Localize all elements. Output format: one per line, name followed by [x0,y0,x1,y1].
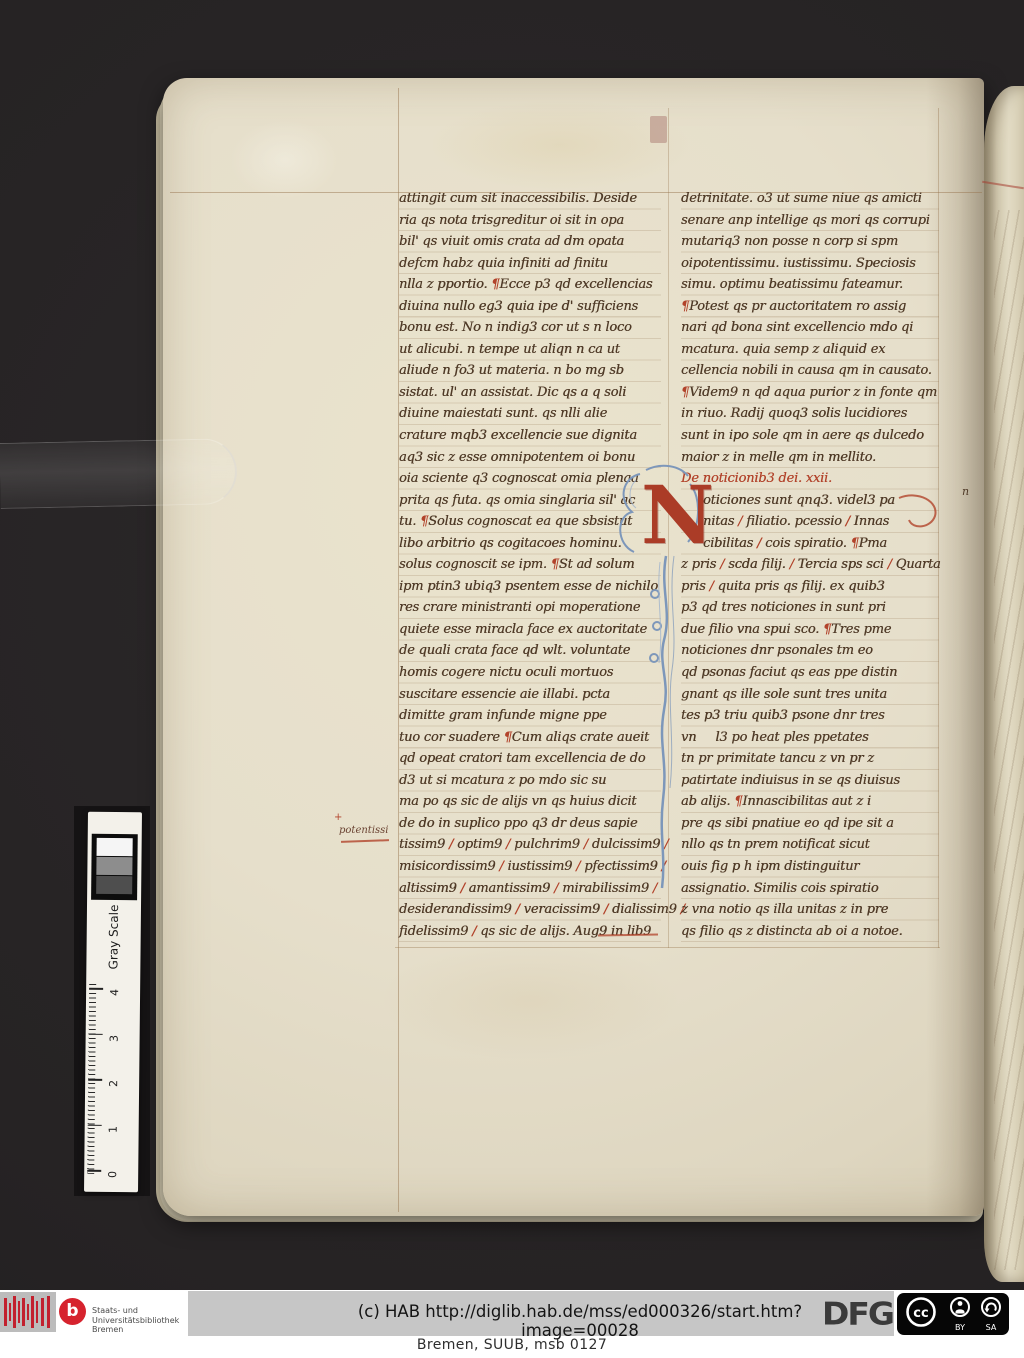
text-line: nari qd bona sint excellencio mdo qi [681,317,939,339]
cc-license-badge: cc BY SA [897,1293,1009,1335]
suub-logo-text: Staats- und Universitätsbibliothek Breme… [92,1306,179,1335]
text-line: nlla z pportio. ¶Ecce p3 qd excellencias [399,274,661,296]
text-line: diuina nullo eg3 quia ipe d' sufficiens [399,296,661,318]
text-line: bil' qs viuit omis crata ad dm opata [399,231,661,253]
gray-patch-white [97,838,133,856]
suub-logo-line2: Universitätsbibliothek [92,1316,179,1326]
svg-text:BY: BY [955,1323,965,1332]
ruler-major-ticks: 43210 [88,812,142,813]
text-line: oipotentissimu. iustissimu. Speciosis [681,253,939,275]
text-line: in riuo. Radij quoq3 solis lucidiores [681,403,939,425]
ruler-tick [88,1124,102,1126]
text-line: z vna notio qs illa unitas z in pre [681,899,939,921]
suub-logo-line1: Staats- und [92,1306,179,1316]
text-line: mutariq3 non posse n corp si spm [681,231,939,253]
text-line: ria qs nota trisgreditur oi sit in opa [399,210,661,232]
text-line: crature mqb3 excellencie sue dignita [399,425,661,447]
suub-logo-circle: b [59,1298,86,1325]
text-line: diuine maiestati sunt. qs nlli alie [399,403,661,425]
text-line: detrinitate. o3 ut sume niue qs amicti [681,188,939,210]
parchment-crease-highlight [230,120,340,200]
text-line: desiderandissim9 / veracissim9 / dialiss… [399,899,661,921]
text-line: simu. optimu beatissimu fateamur. [681,274,939,296]
photo-background: attingit cum sit inaccessibilis. Desider… [0,0,1024,1358]
copyright-text: (c) HAB http://diglib.hab.de/mss/ed00032… [300,1302,860,1340]
ruler-tick [87,1170,101,1172]
plastic-page-holder [0,438,238,509]
margin-letter: n [962,485,969,498]
cc-sa-icon [982,1298,1000,1316]
text-line: mcatura. quia semp z aliquid ex [681,339,939,361]
ruler-number: 4 [108,982,122,996]
cc-by-icon [951,1298,969,1316]
text-line: cellencia nobili in causa qm in causato. [681,360,939,382]
text-line: defcm habz quia infiniti ad finitu [399,253,661,275]
text-line: ut alicubi. n tempe ut aliqn n ca ut [399,339,661,361]
parchment-stain [430,100,690,190]
gray-scale-ruler: Gray Scale 43210 [84,812,142,1193]
text-line: attingit cum sit inaccessibilis. Deside [399,188,661,210]
cc-by-sa-icons: cc BY SA [897,1293,1009,1335]
marginal-gloss: potentissi [339,825,388,836]
text-line: ¶Videm9 n qd aqua purior z in fonte qm [681,382,939,404]
initial-letter: N [641,468,711,568]
svg-text:cc: cc [913,1306,928,1321]
ruler-number: 1 [107,1118,121,1132]
text-line: ¶Potest qs pr auctoritatem ro assig [681,296,939,318]
footer-bar: b Staats- und Universitätsbibliothek Bre… [0,1290,1024,1358]
ruler-tick [88,1079,102,1081]
caption-text: Bremen, SUUB, msb 0127 [0,1337,1024,1353]
rubric-red-flourish [895,488,965,538]
folio-number-stamp [650,116,667,143]
marginal-gloss-mark: + [334,812,342,823]
ruler-tick [89,1033,103,1035]
ruler-number: 2 [107,1073,121,1087]
suub-barcode-logo [0,1292,56,1332]
ruler-number: 0 [106,1164,120,1178]
parchment-stain [380,940,680,1060]
ruler-tick [89,988,103,990]
text-line: sistat. ul' an assistat. Dic qs a q soli [399,382,661,404]
svg-text:SA: SA [986,1323,997,1332]
fore-edge-text-shadow [994,210,1024,1270]
text-line: fidelissim9 / qs sic de alijs. Aug9 in l… [399,921,661,943]
dfg-logo: DFG [822,1295,893,1332]
text-line: aliude n fo3 ut materia. n bo mg sb [399,360,661,382]
gray-scale-label: Gray Scale [106,888,121,986]
text-line: bonu est. No n indig3 cor ut s n loco [399,317,661,339]
text-line: qs filio qs z distincta ab oi a notoe. [681,921,939,943]
text-line: senare anp intellige qs mori qs corrupi [681,210,939,232]
ruler-number: 3 [108,1027,122,1041]
text-line: sunt in ipo sole qm in aere qs dulcedo [681,425,939,447]
gray-patch-mid [96,857,132,875]
suub-logo-line3: Bremen [92,1325,179,1335]
